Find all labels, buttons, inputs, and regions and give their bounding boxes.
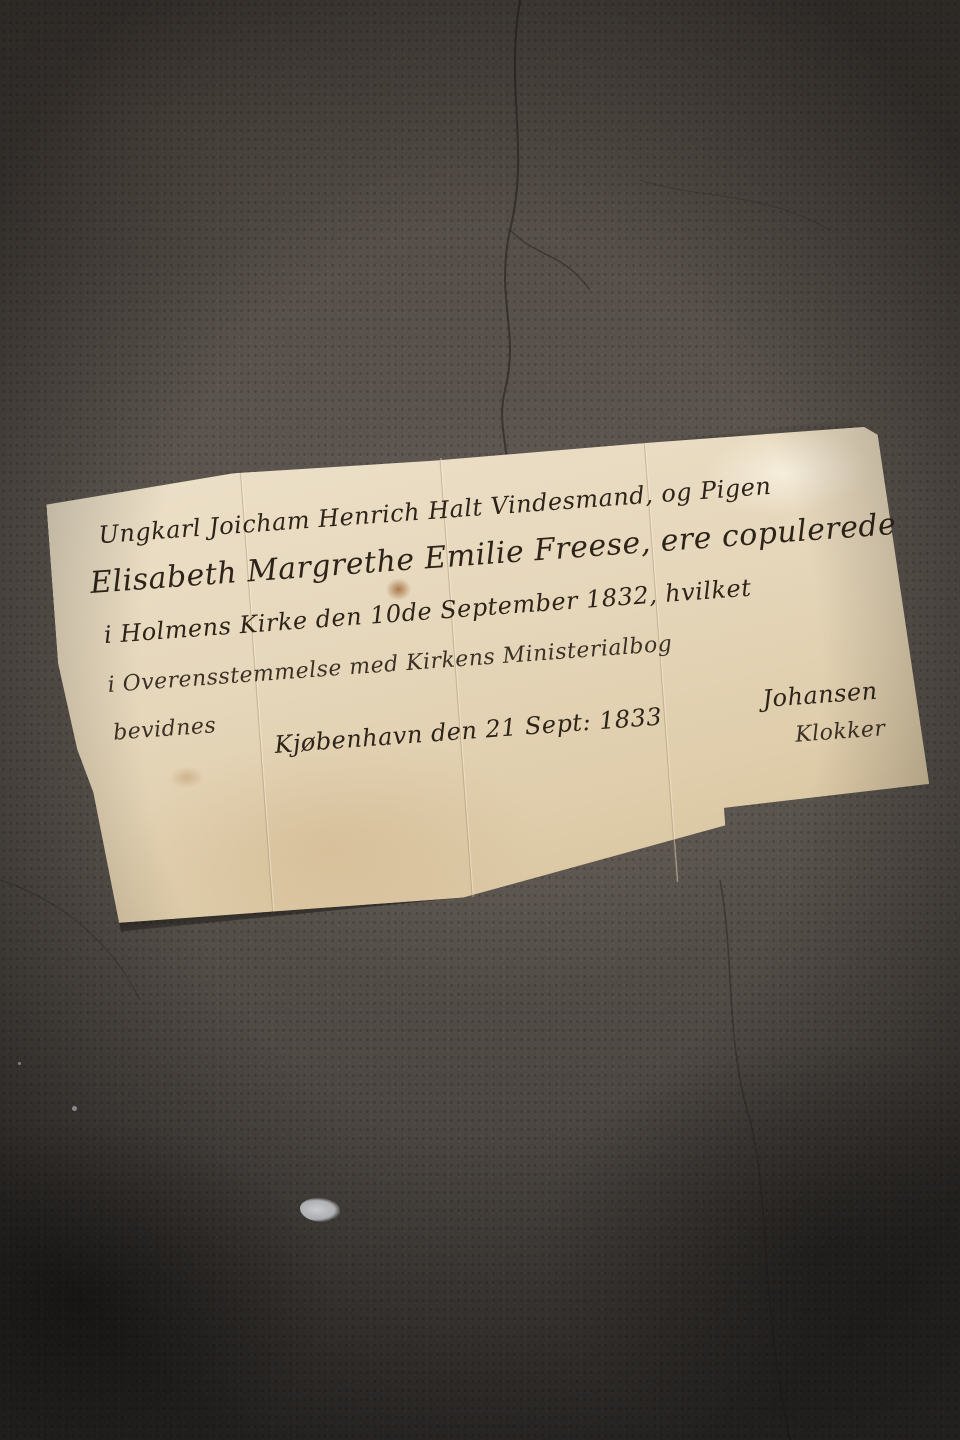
floor-speck — [18, 1062, 21, 1065]
marriage-certificate: Ungkarl Joicham Henrich Halt Vindesmand,… — [45, 424, 935, 926]
floor-speck — [72, 1106, 77, 1111]
